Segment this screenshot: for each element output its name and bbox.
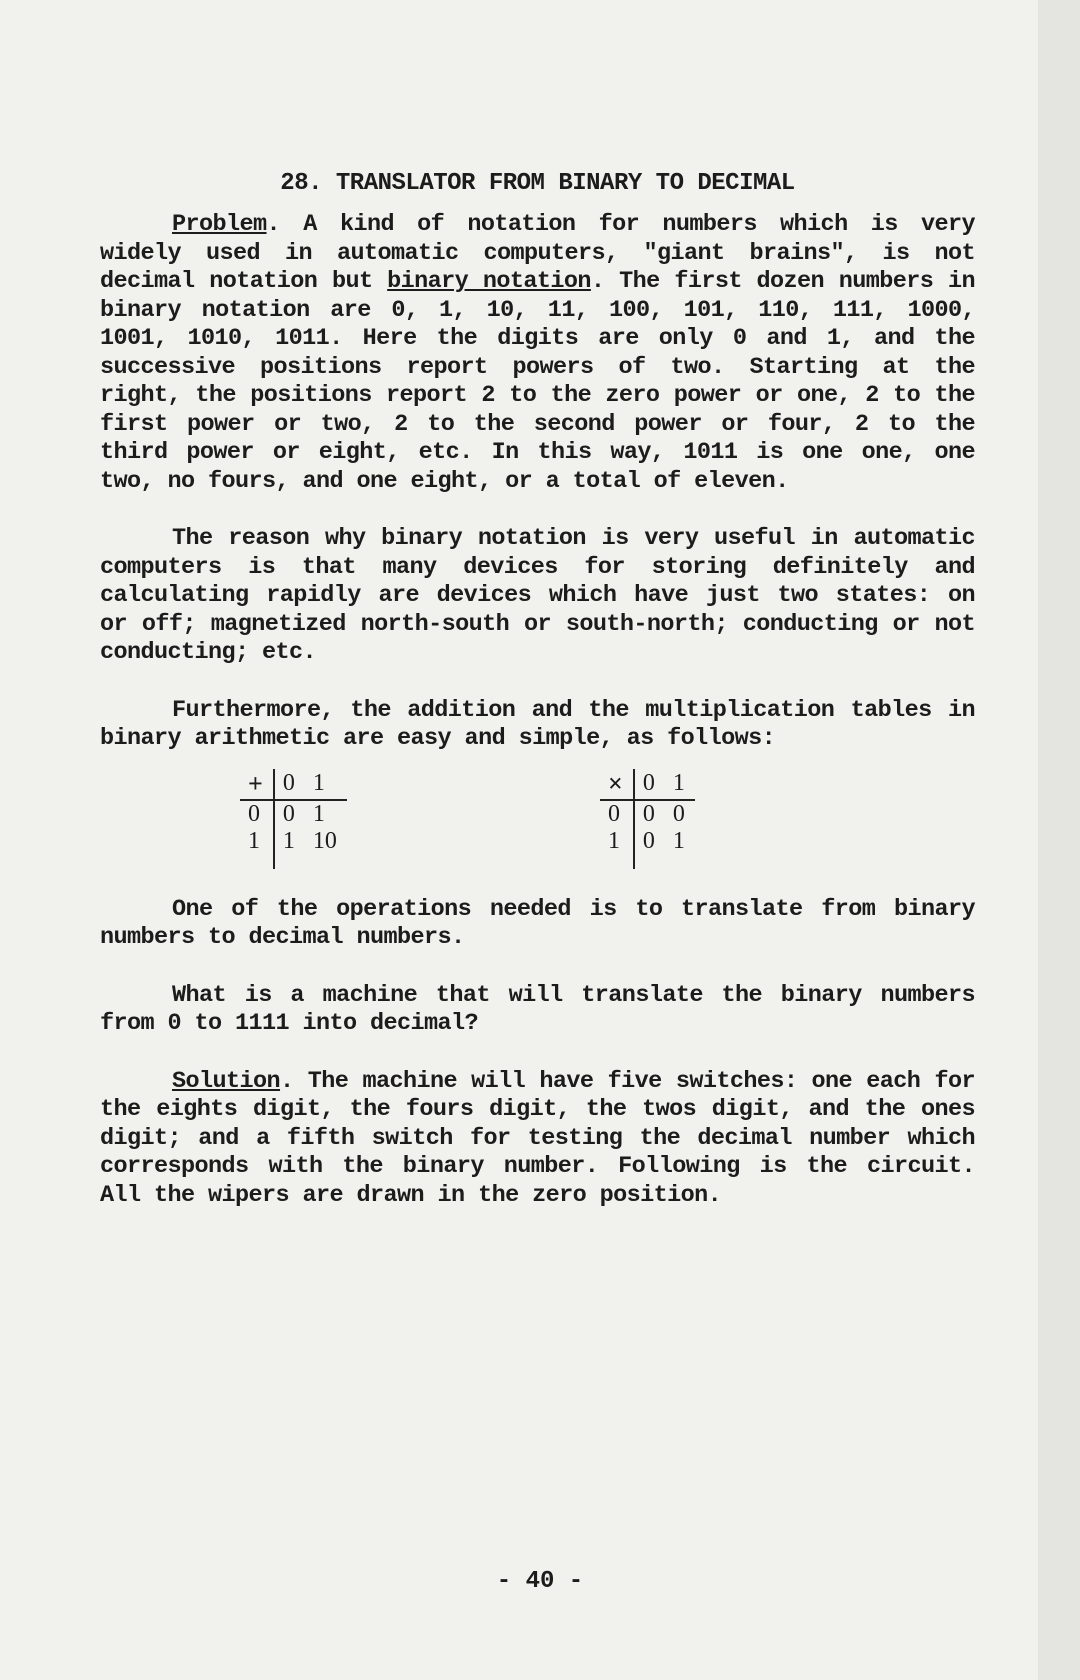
arithmetic-tables: + 0 1 0 0 1 1 1 10 × 0 1 0 xyxy=(100,769,975,874)
multiplication-table: × 0 1 0 0 0 1 0 1 xyxy=(600,769,695,869)
plus-operator: + xyxy=(240,769,274,800)
solution-label: Solution xyxy=(172,1068,280,1095)
operations-paragraph: One of the operations needed is to trans… xyxy=(100,896,975,953)
problem-paragraph: Problem. A kind of notation for numbers … xyxy=(100,211,975,496)
document-page: 28. TRANSLATOR FROM BINARY TO DECIMAL Pr… xyxy=(100,170,975,1239)
solution-paragraph: Solution. The machine will have five swi… xyxy=(100,1068,975,1211)
problem-label: Problem xyxy=(172,211,267,238)
scan-edge xyxy=(1038,0,1080,1680)
furthermore-paragraph: Furthermore, the addition and the multip… xyxy=(100,697,975,754)
section-title: 28. TRANSLATOR FROM BINARY TO DECIMAL xyxy=(100,170,975,197)
page-number: - 40 - xyxy=(0,1568,1080,1595)
addition-table: + 0 1 0 0 1 1 1 10 xyxy=(240,769,347,869)
binary-notation-term: binary notation xyxy=(387,268,591,295)
times-operator: × xyxy=(600,769,634,800)
question-paragraph: What is a machine that will translate th… xyxy=(100,982,975,1039)
reason-paragraph: The reason why binary notation is very u… xyxy=(100,525,975,668)
